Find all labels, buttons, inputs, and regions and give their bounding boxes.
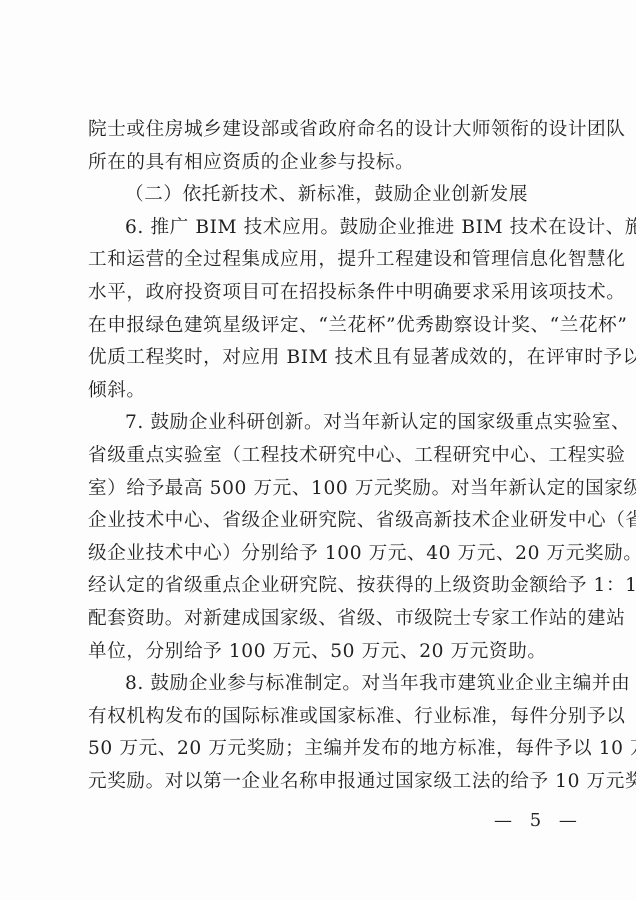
text-line: 级企业技术中心）分别给予 100 万元、40 万元、20 万元奖励。对 [88,538,564,571]
text-line: 元奖励。对以第一企业名称申报通过国家级工法的给予 10 万元奖 [88,766,564,799]
text-line: 50 万元、20 万元奖励；主编并发布的地方标准，每件予以 10 万 [88,733,564,766]
text-line: 企业技术中心、省级企业研究院、省级高新技术企业研发中心（省 [88,505,564,538]
text-line: 工和运营的全过程集成应用，提升工程建设和管理信息化智慧化 [88,244,564,277]
text-line: 有权机构发布的国际标准或国家标准、行业标准，每件分别予以 [88,701,564,734]
text-line: 省级重点实验室（工程技术研究中心、工程研究中心、工程实验 [88,440,564,473]
text-line: 在申报绿色建筑星级评定、“兰花杯”优秀勘察设计奖、“兰花杯” [88,310,564,343]
paragraph-start-item-7: 7. 鼓励企业科研创新。对当年新认定的国家级重点实验室、 [88,407,564,440]
page-number: — 5 — [494,810,583,831]
paragraph-start-item-6: 6. 推广 BIM 技术应用。鼓励企业推进 BIM 技术在设计、施 [88,212,564,245]
section-heading: （二）依托新技术、新标准，鼓励企业创新发展 [88,179,564,212]
text-line: 水平，政府投资项目可在招投标条件中明确要求采用该项技术。 [88,277,564,310]
text-line: 院士或住房城乡建设部或省政府命名的设计大师领衔的设计团队 [88,114,564,147]
text-line: 经认定的省级重点企业研究院、按获得的上级资助金额给予 1：1 [88,570,564,603]
text-line: 室）给予最高 500 万元、100 万元奖励。对当年新认定的国家级 [88,473,564,506]
text-line: 优质工程奖时，对应用 BIM 技术且有显著成效的，在评审时予以 [88,342,564,375]
text-line: 单位，分别给予 100 万元、50 万元、20 万元资助。 [88,636,564,669]
paragraph-start-item-8: 8. 鼓励企业参与标准制定。对当年我市建筑业企业主编并由 [88,668,564,701]
text-line: 所在的具有相应资质的企业参与投标。 [88,147,564,180]
text-line: 倾斜。 [88,375,564,408]
text-line: 配套资助。对新建成国家级、省级、市级院士专家工作站的建站 [88,603,564,636]
document-body: 院士或住房城乡建设部或省政府命名的设计大师领衔的设计团队 所在的具有相应资质的企… [88,114,564,798]
